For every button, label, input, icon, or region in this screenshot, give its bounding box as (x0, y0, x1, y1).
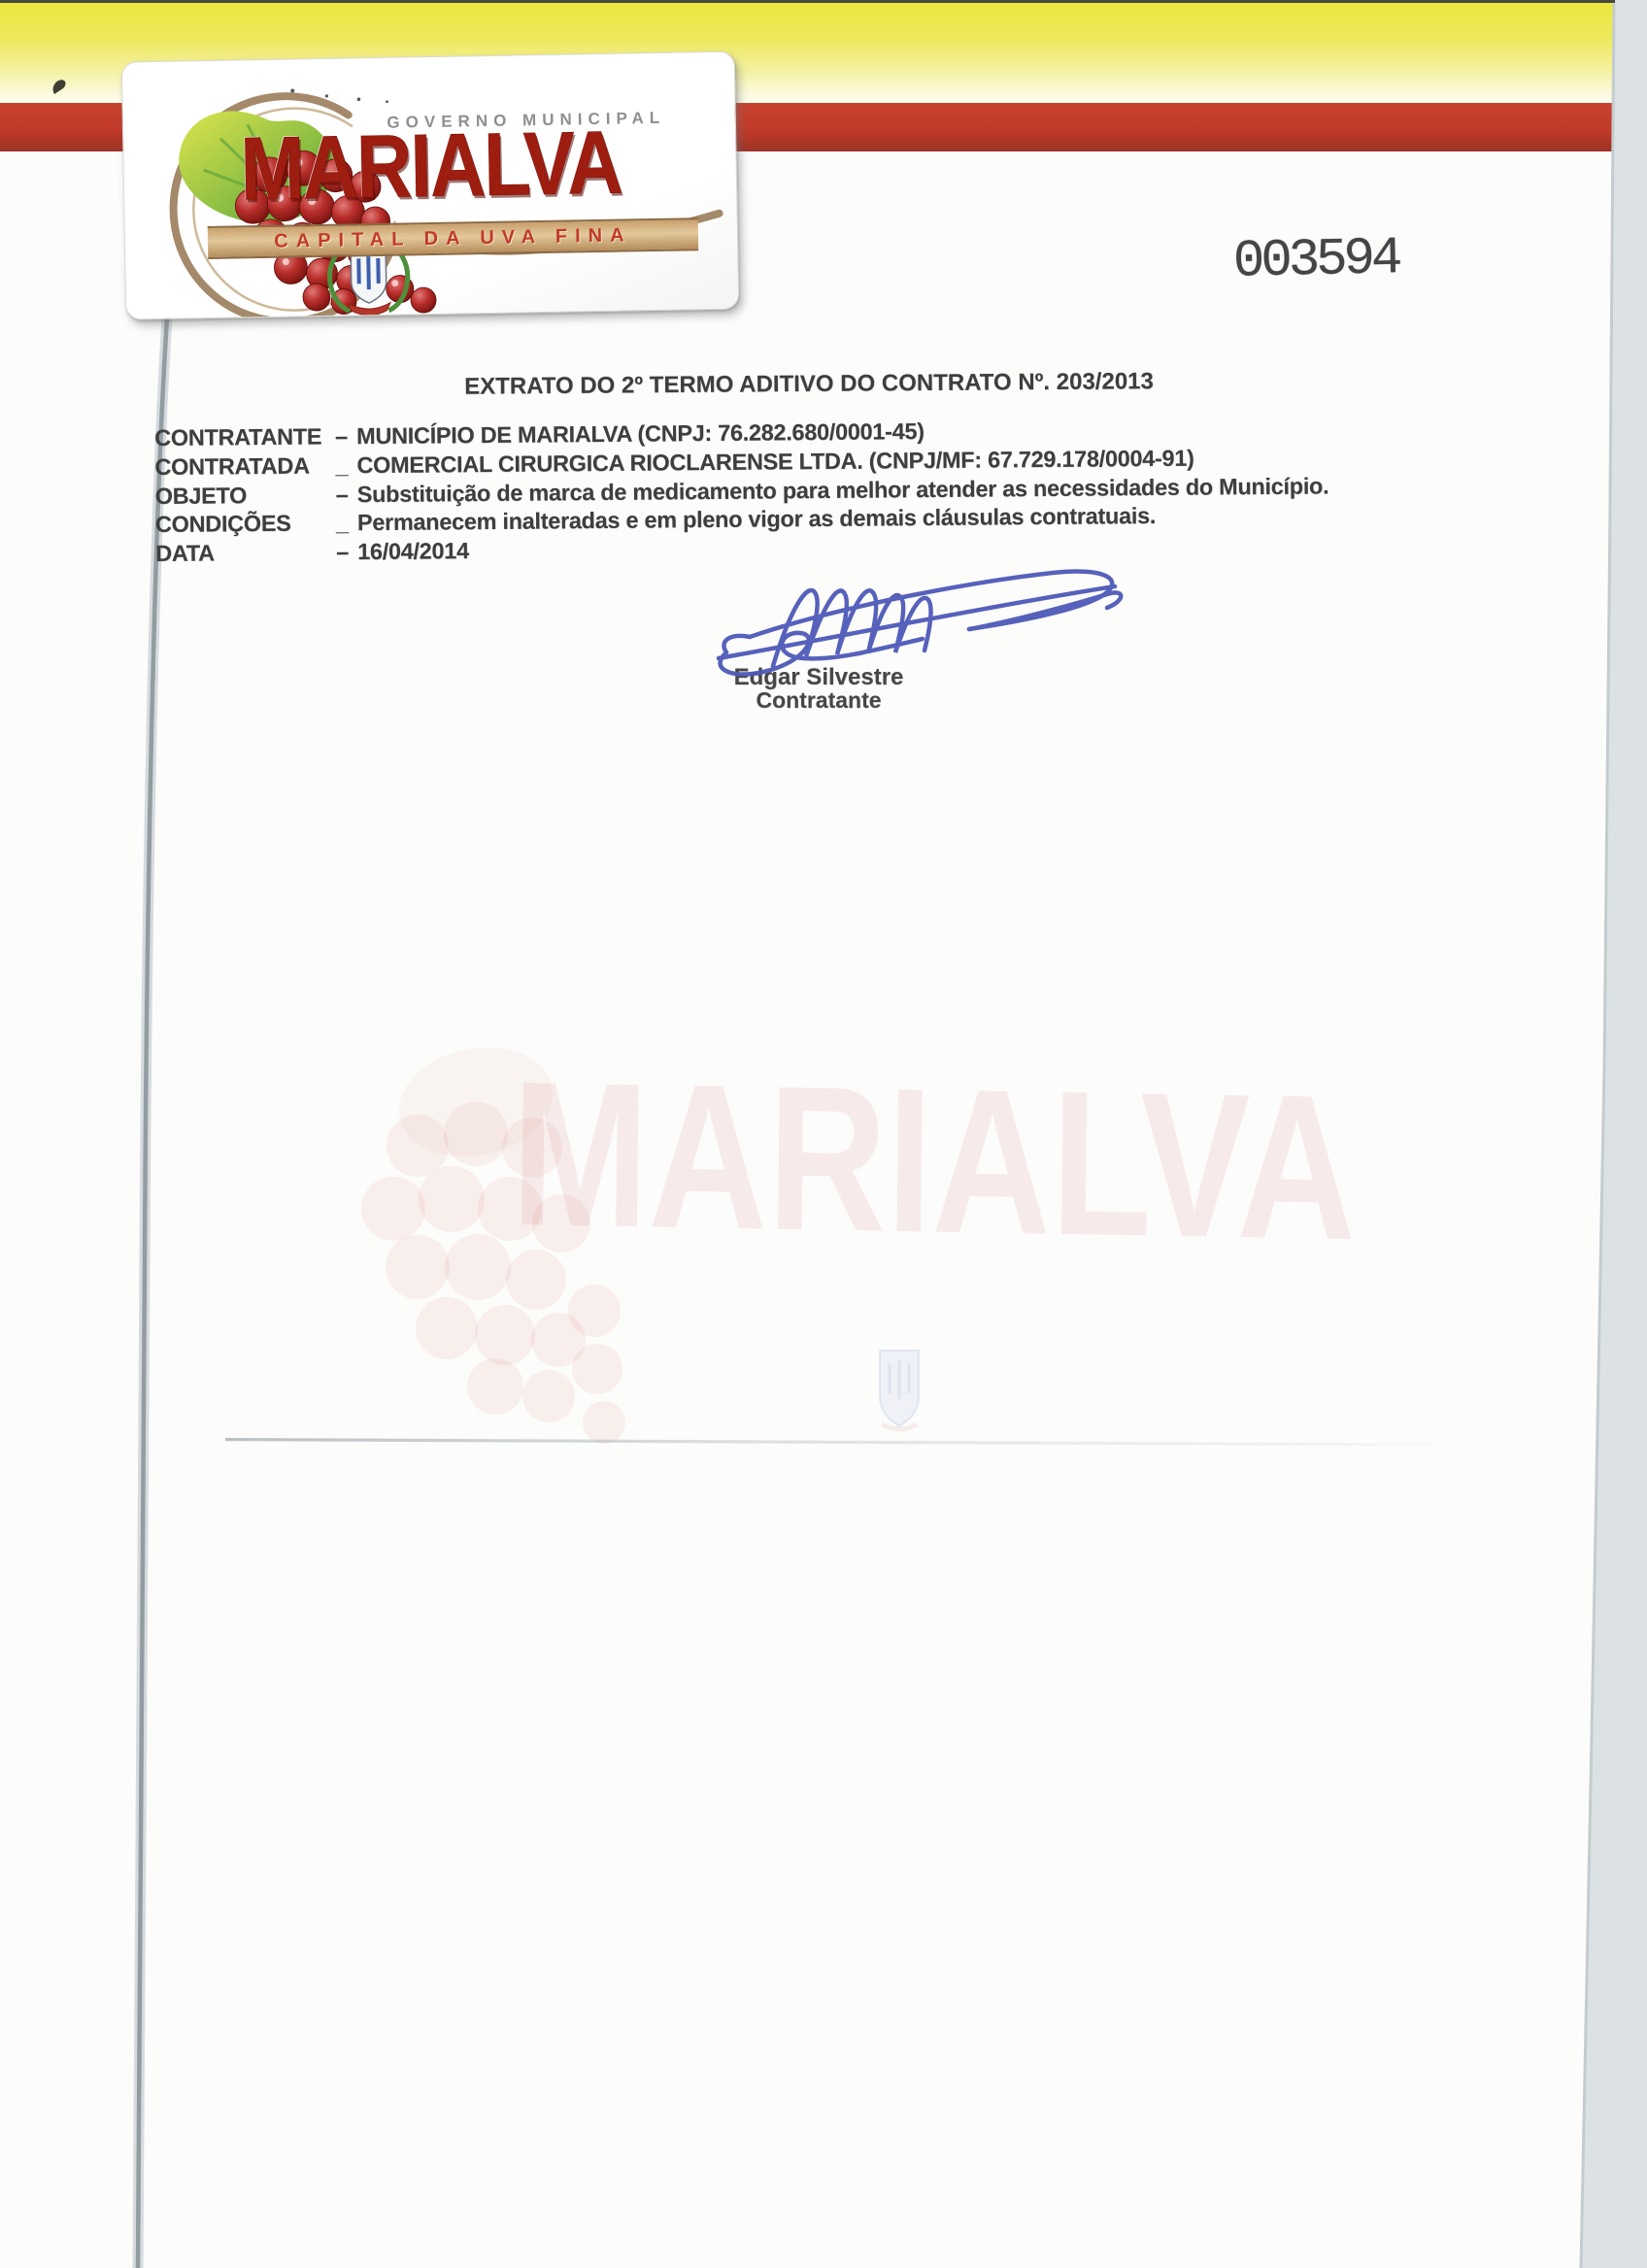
field-label: CONDIÇÕES (155, 510, 336, 540)
faint-horizontal-line (225, 1438, 1476, 1447)
scan-artifacts (0, 0, 1647, 2268)
field-label: CONTRATADA (154, 451, 335, 482)
watermark-text: MARIALVA (511, 1051, 1358, 1271)
watermark-shield (872, 1345, 926, 1432)
stamp-number: 003594 (1232, 229, 1399, 292)
logo-marialva-text: MARIALVA (240, 117, 676, 215)
watermark-grapes (350, 1019, 670, 1447)
page-fold-line (138, 303, 168, 2268)
municipal-logo-card: GOVERNO MUNICIPAL MARIALVA CAPITAL DA UV… (121, 51, 740, 320)
field-separator: – (335, 422, 356, 451)
field-label: DATA (155, 539, 336, 569)
document-title: EXTRATO DO 2º TERMO ADITIVO DO CONTRATO … (0, 364, 1618, 404)
logo-tagline-text: CAPITAL DA UVA FINA (274, 224, 632, 252)
field-separator: – (336, 481, 357, 510)
field-separator: _ (335, 451, 356, 481)
field-separator: – (336, 538, 357, 567)
scanned-document-page: MARIALVA (0, 0, 1647, 2268)
field-label: CONTRATANTE (154, 422, 335, 452)
field-separator: _ (336, 510, 357, 539)
paper-right-edge (1581, 0, 1647, 2268)
signatory-role: Contratante (697, 687, 940, 714)
signature-scribble (691, 544, 1138, 689)
field-label: OBJETO (155, 481, 336, 511)
